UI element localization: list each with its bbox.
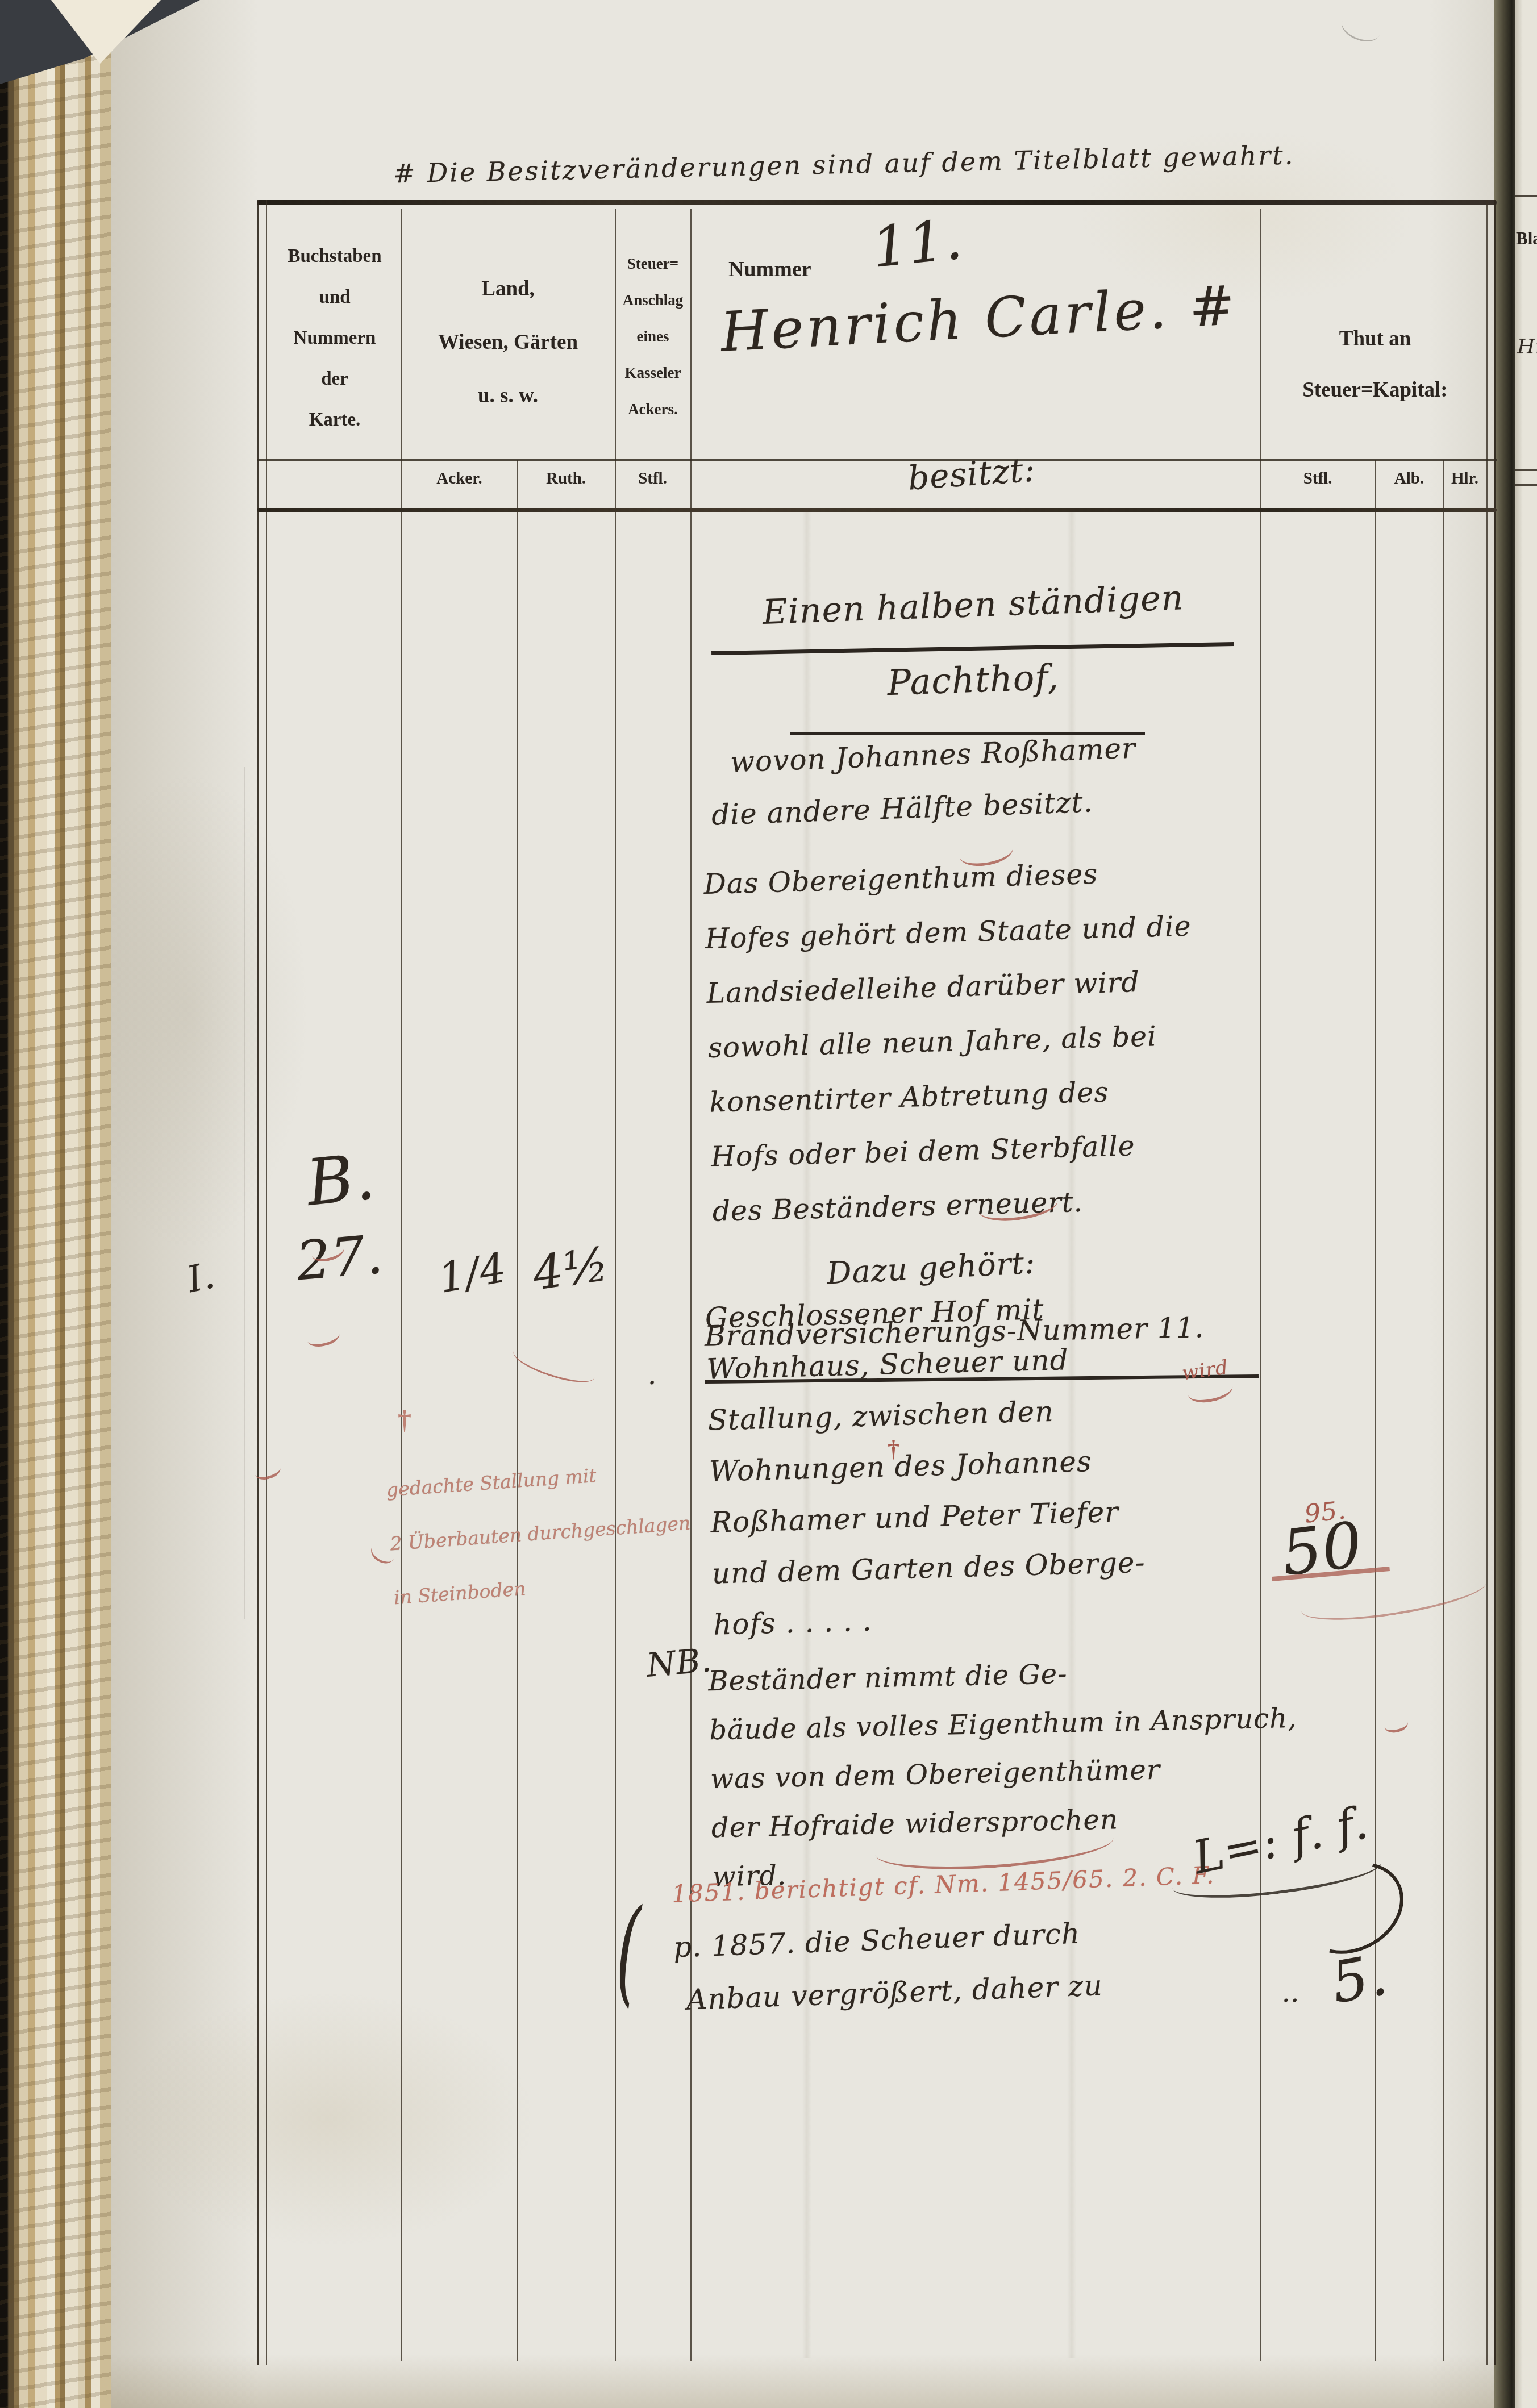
table-top-border	[257, 200, 1497, 205]
ruth-value: 4½	[530, 1237, 613, 1301]
red-dagger-inline: †	[888, 1435, 899, 1463]
sliver-rule	[1515, 195, 1537, 197]
scanned-register-page: Blat Hi # Die Besitzveränderungen sind a…	[0, 0, 1537, 2408]
sliver-rule	[1515, 469, 1537, 471]
nummer-value: 11.	[869, 207, 965, 281]
subheader-acker: Acker.	[402, 469, 517, 488]
red-dagger-margin: †	[398, 1405, 411, 1436]
subheader-stfl-right: Stfl.	[1260, 469, 1375, 488]
entry-brace: (	[615, 1882, 643, 2020]
table-right-border-inner	[1486, 200, 1488, 2365]
header-karte-column: Buchstaben und Nummern der Karte.	[272, 236, 398, 440]
map-number: 27.	[294, 1224, 386, 1293]
subheader-separator-rule	[257, 508, 1497, 512]
sliver-rule	[1515, 484, 1537, 486]
subheader-ruth: Ruth.	[517, 469, 615, 488]
stfl-dot: .	[648, 1359, 657, 1391]
header-line: Steuer=	[617, 245, 689, 282]
header-line: Buchstaben	[272, 236, 398, 277]
header-line: Karte.	[272, 399, 398, 440]
header-line: Ackers.	[617, 391, 689, 427]
nummer-label: Nummer	[728, 257, 811, 282]
header-line: und	[272, 277, 398, 318]
next-page-sliver	[1515, 0, 1537, 2408]
header-line: Steuer=Kapital:	[1264, 365, 1486, 416]
header-line: Anschlag	[617, 282, 689, 318]
header-line: Kasseler	[617, 355, 689, 391]
page-edge-shadow	[1494, 0, 1515, 2408]
header-line: Land,	[403, 263, 613, 316]
header-line: der	[272, 359, 398, 399]
subheader-alb: Alb.	[1375, 469, 1443, 488]
obereigenthum-paragraph: Das Obereigenthum dieses Hofes gehört de…	[703, 843, 1272, 1239]
nb-label: NB.	[645, 1640, 713, 1685]
hof-entry-paragraph: Geschlossener Hof mit Wohnhaus, Scheuer …	[705, 1278, 1268, 1650]
sliver-text-blatt: Blat	[1516, 228, 1537, 249]
header-line: Nummern	[272, 318, 398, 359]
header-steueranschlag-column: Steuer= Anschlag eines Kasseler Ackers.	[617, 245, 689, 427]
sliver-text-fragment: Hi	[1517, 335, 1537, 359]
column-rule-steuer-besitzt	[690, 209, 692, 2361]
table-right-border	[1494, 200, 1496, 2365]
table-left-border-inner	[266, 200, 267, 2365]
column-rule-alb-hlr	[1443, 460, 1444, 2361]
added-value: 5.	[1327, 1941, 1393, 2016]
subheader-hlr: Hlr.	[1443, 469, 1486, 488]
header-steuerkapital-column: Thut an Steuer=Kapital:	[1264, 314, 1486, 416]
header-land-column: Land, Wiesen, Gärten u. s. w.	[403, 263, 613, 423]
column-rule-stfl-alb	[1375, 460, 1376, 2361]
header-line: Wiesen, Gärten	[403, 316, 613, 369]
red-marginal-note: gedachte Stallung mit 2 Überbauten durch…	[385, 1442, 696, 1624]
table-left-border	[257, 200, 259, 2365]
column-rule-karte	[401, 209, 402, 2361]
header-line: Thut an	[1264, 314, 1486, 365]
series-letter: B.	[303, 1140, 379, 1220]
value-leader-dots: ..	[1282, 1977, 1299, 2008]
header-line: eines	[617, 318, 689, 355]
subheader-stfl-left: Stfl.	[615, 469, 690, 488]
column-rule-besitzt-kapital	[1260, 209, 1261, 2361]
column-rule-land-steuer	[615, 209, 616, 2361]
column-rule-acker-ruth	[517, 460, 518, 2361]
book-torn-page-edges	[0, 0, 111, 2408]
header-line: u. s. w.	[403, 369, 613, 423]
faint-scratch-line	[244, 767, 245, 1619]
